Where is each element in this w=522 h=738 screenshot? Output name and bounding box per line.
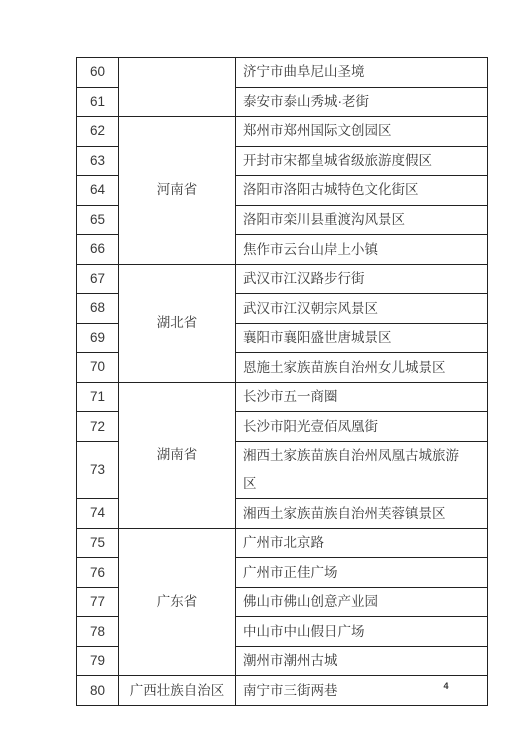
row-number-cell: 79 bbox=[77, 646, 119, 676]
attraction-name-text: 武汉市江汉朝宗风景区 bbox=[236, 295, 383, 323]
row-number-cell: 62 bbox=[77, 117, 119, 147]
attraction-name-text: 洛阳市栾川县重渡沟风景区 bbox=[236, 206, 410, 234]
province-attractions-table: 60济宁市曲阜尼山圣境61泰安市泰山秀城·老街62河南省郑州市郑州国际文创园区6… bbox=[76, 57, 488, 706]
attraction-name-cell: 佛山市佛山创意产业园 bbox=[236, 587, 488, 617]
table-row: 80广西壮族自治区南宁市三街两巷 bbox=[77, 676, 488, 706]
row-number-cell: 77 bbox=[77, 587, 119, 617]
row-number-cell: 65 bbox=[77, 205, 119, 235]
attraction-name-cell: 洛阳市栾川县重渡沟风景区 bbox=[236, 205, 488, 235]
attraction-name-cell: 广州市北京路 bbox=[236, 528, 488, 558]
attraction-name-cell: 洛阳市洛阳古城特色文化街区 bbox=[236, 176, 488, 206]
table-row: 60济宁市曲阜尼山圣境 bbox=[77, 58, 488, 88]
attraction-name-cell: 广州市正佳广场 bbox=[236, 558, 488, 588]
row-number-cell: 72 bbox=[77, 412, 119, 442]
attraction-name-cell: 武汉市江汉朝宗风景区 bbox=[236, 294, 488, 324]
row-number-cell: 71 bbox=[77, 382, 119, 412]
province-cell: 河南省 bbox=[119, 117, 236, 265]
attraction-name-cell: 开封市宋都皇城省级旅游度假区 bbox=[236, 146, 488, 176]
attraction-name-text: 湘西土家族苗族自治州凤凰古城旅游区 bbox=[236, 442, 476, 498]
attraction-name-text: 佛山市佛山创意产业园 bbox=[236, 588, 383, 616]
attraction-name-text: 湘西土家族苗族自治州芙蓉镇景区 bbox=[236, 500, 451, 528]
attraction-name-text: 襄阳市襄阳盛世唐城景区 bbox=[236, 324, 397, 352]
row-number-cell: 61 bbox=[77, 87, 119, 117]
attraction-name-text: 泰安市泰山秀城·老街 bbox=[236, 88, 374, 116]
attraction-name-cell: 襄阳市襄阳盛世唐城景区 bbox=[236, 323, 488, 353]
attraction-name-text: 济宁市曲阜尼山圣境 bbox=[236, 58, 370, 86]
table-row: 71湖南省长沙市五一商圈 bbox=[77, 382, 488, 412]
attraction-name-cell: 武汉市江汉路步行街 bbox=[236, 264, 488, 294]
province-cell: 广西壮族自治区 bbox=[119, 676, 236, 706]
row-number-cell: 80 bbox=[77, 676, 119, 706]
attraction-name-text: 广州市正佳广场 bbox=[236, 559, 343, 587]
attraction-name-text: 中山市中山假日广场 bbox=[236, 618, 370, 646]
table-row: 67湖北省武汉市江汉路步行街 bbox=[77, 264, 488, 294]
attraction-name-text: 潮州市潮州古城 bbox=[236, 647, 343, 675]
attraction-name-text: 恩施土家族苗族自治州女儿城景区 bbox=[236, 354, 451, 382]
attraction-name-text: 武汉市江汉路步行街 bbox=[236, 265, 370, 293]
attraction-name-text: 长沙市阳光壹佰凤凰街 bbox=[236, 413, 383, 441]
province-cell: 湖南省 bbox=[119, 382, 236, 528]
attractions-table-body: 60济宁市曲阜尼山圣境61泰安市泰山秀城·老街62河南省郑州市郑州国际文创园区6… bbox=[77, 58, 488, 706]
row-number-cell: 60 bbox=[77, 58, 119, 88]
row-number-cell: 68 bbox=[77, 294, 119, 324]
attraction-name-cell: 湘西土家族苗族自治州凤凰古城旅游区 bbox=[236, 441, 488, 498]
document-page: 60济宁市曲阜尼山圣境61泰安市泰山秀城·老街62河南省郑州市郑州国际文创园区6… bbox=[0, 0, 522, 738]
attraction-name-cell: 湘西土家族苗族自治州芙蓉镇景区 bbox=[236, 499, 488, 529]
attraction-name-cell: 长沙市阳光壹佰凤凰街 bbox=[236, 412, 488, 442]
row-number-cell: 74 bbox=[77, 499, 119, 529]
attraction-name-text: 郑州市郑州国际文创园区 bbox=[236, 117, 397, 145]
row-number-cell: 73 bbox=[77, 441, 119, 498]
attraction-name-text: 焦作市云台山岸上小镇 bbox=[236, 236, 383, 264]
attraction-name-text: 洛阳市洛阳古城特色文化街区 bbox=[236, 176, 424, 204]
attraction-name-cell: 潮州市潮州古城 bbox=[236, 646, 488, 676]
attraction-name-cell: 中山市中山假日广场 bbox=[236, 617, 488, 647]
attraction-name-cell: 焦作市云台山岸上小镇 bbox=[236, 235, 488, 265]
row-number-cell: 69 bbox=[77, 323, 119, 353]
row-number-cell: 75 bbox=[77, 528, 119, 558]
row-number-cell: 67 bbox=[77, 264, 119, 294]
row-number-cell: 63 bbox=[77, 146, 119, 176]
table-row: 75广东省广州市北京路 bbox=[77, 528, 488, 558]
attraction-name-cell: 郑州市郑州国际文创园区 bbox=[236, 117, 488, 147]
province-cell: 湖北省 bbox=[119, 264, 236, 382]
row-number-cell: 66 bbox=[77, 235, 119, 265]
row-number-cell: 78 bbox=[77, 617, 119, 647]
attraction-name-cell: 济宁市曲阜尼山圣境 bbox=[236, 58, 488, 88]
attraction-name-cell: 长沙市五一商圈 bbox=[236, 382, 488, 412]
row-number-cell: 76 bbox=[77, 558, 119, 588]
page-number: 4 bbox=[440, 681, 452, 691]
row-number-cell: 64 bbox=[77, 176, 119, 206]
province-cell bbox=[119, 58, 236, 117]
attraction-name-cell: 恩施土家族苗族自治州女儿城景区 bbox=[236, 353, 488, 383]
table-row: 62河南省郑州市郑州国际文创园区 bbox=[77, 117, 488, 147]
attraction-name-cell: 泰安市泰山秀城·老街 bbox=[236, 87, 488, 117]
attraction-name-text: 南宁市三街两巷 bbox=[236, 677, 343, 705]
row-number-cell: 70 bbox=[77, 353, 119, 383]
province-cell: 广东省 bbox=[119, 528, 236, 676]
attraction-name-text: 广州市北京路 bbox=[236, 529, 329, 557]
attraction-name-text: 开封市宋都皇城省级旅游度假区 bbox=[236, 147, 437, 175]
attraction-name-text: 长沙市五一商圈 bbox=[236, 383, 343, 411]
